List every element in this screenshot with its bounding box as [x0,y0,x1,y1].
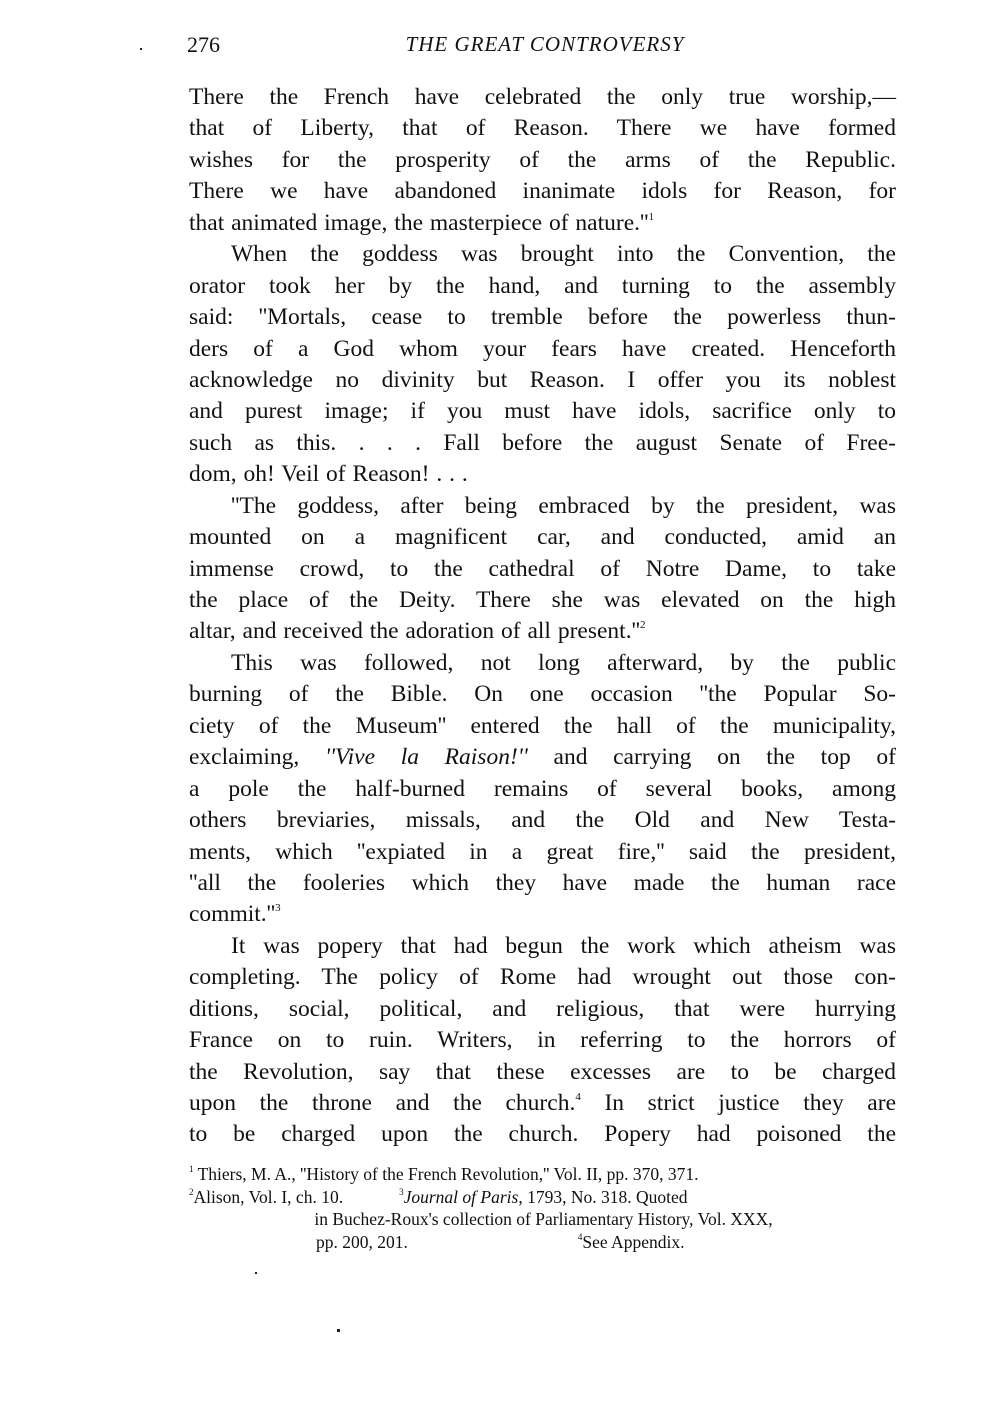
text-line: There we have abandoned inanimate idols … [189,176,896,207]
text-line: ditions, social, political, and religiou… [189,994,896,1025]
scan-speck [255,1272,257,1274]
text-line: immense crowd, to the cathedral of Notre… [189,554,896,585]
footnote-ref-3: 3 [275,902,281,914]
text-line: This was followed, not long afterward, b… [189,648,896,679]
text-line: mounted on a magnificent car, and conduc… [189,522,896,553]
text-line: a pole the half-burned remains of severa… [189,774,896,805]
text-line: ''all the fooleries which they have made… [189,868,896,899]
scan-speck [140,48,142,50]
text-line: that of Liberty, that of Reason. There w… [189,113,896,144]
text-line: exclaiming, ''Vive la Raison!'' and carr… [189,742,896,773]
book-page: 276 THE GREAT CONTROVERSY There the Fren… [0,0,1000,1410]
running-head: 276 THE GREAT CONTROVERSY [187,30,897,62]
text-line: upon the throne and the church.4 In stri… [189,1088,896,1119]
italic-phrase: ''Vive la Raison!'' [325,744,528,770]
footnote-4: See Appendix. [582,1232,684,1252]
text-line: dom, oh! Veil of Reason! . . . [189,459,896,490]
text-line: and purest image; if you must have idols… [189,396,896,427]
footnote-1: 1 Thiers, M. A., ''History of the French… [189,1163,898,1186]
paragraph-3: ''The goddess, after being embraced by t… [189,491,896,648]
text-line: It was popery that had begun the work wh… [189,931,896,962]
footnote-3-italic: Journal of Paris [404,1187,519,1207]
footnote-ref-2: 2 [640,619,646,631]
footnote-2-3: 2Alison, Vol. I, ch. 10.3Journal of Pari… [189,1186,898,1209]
text-line: ciety of the Museum'' entered the hall o… [189,711,896,742]
footnote-2: Alison, Vol. I, ch. 10. [194,1187,344,1207]
text-line: When the goddess was brought into the Co… [189,239,896,270]
text-line: to be charged upon the church. Popery ha… [189,1119,896,1150]
text-line: ders of a God whom your fears have creat… [189,334,896,365]
footnote-3: , 1793, No. 318. Quoted [518,1187,687,1207]
text-line: the place of the Deity. There she was el… [189,585,896,616]
text-line: burning of the Bible. On one occasion ''… [189,679,896,710]
running-title: THE GREAT CONTROVERSY [187,32,897,57]
text-line: France on to ruin. Writers, in referring… [189,1025,896,1056]
text-line: such as this. . . . Fall before the augu… [189,428,896,459]
paragraph-4: This was followed, not long afterward, b… [189,648,896,931]
footnotes: 1 Thiers, M. A., ''History of the French… [189,1163,898,1253]
text-line: altar, and received the adoration of all… [189,616,896,647]
footnote-ref-1: 1 [648,211,654,223]
paragraph-2: When the goddess was brought into the Co… [189,239,896,491]
text-line: that animated image, the masterpiece of … [189,208,896,239]
text-line: acknowledge no divinity but Reason. I of… [189,365,896,396]
body-text: There the French have celebrated the onl… [189,82,896,1151]
text-line: ments, which ''expiated in a great fire,… [189,837,896,868]
footnote-3-continuation-2: pp. 200, 201. [316,1232,408,1252]
text-line: orator took her by the hand, and turning… [189,271,896,302]
text-line: There the French have celebrated the onl… [189,82,896,113]
text-line: others breviaries, missals, and the Old … [189,805,896,836]
text-line: ''The goddess, after being embraced by t… [189,491,896,522]
text-line: the Revolution, say that these excesses … [189,1057,896,1088]
scan-speck [337,1329,340,1332]
paragraph-1: There the French have celebrated the onl… [189,82,896,239]
text-line: completing. The policy of Rome had wroug… [189,962,896,993]
footnote-3-4: pp. 200, 201.4See Appendix. [189,1231,898,1254]
text-line: commit.''3 [189,899,896,930]
text-line: said: ''Mortals, cease to tremble before… [189,302,896,333]
text-line: wishes for the prosperity of the arms of… [189,145,896,176]
paragraph-5: It was popery that had begun the work wh… [189,931,896,1151]
footnote-3-continuation: in Buchez-Roux's collection of Parliamen… [189,1208,898,1231]
